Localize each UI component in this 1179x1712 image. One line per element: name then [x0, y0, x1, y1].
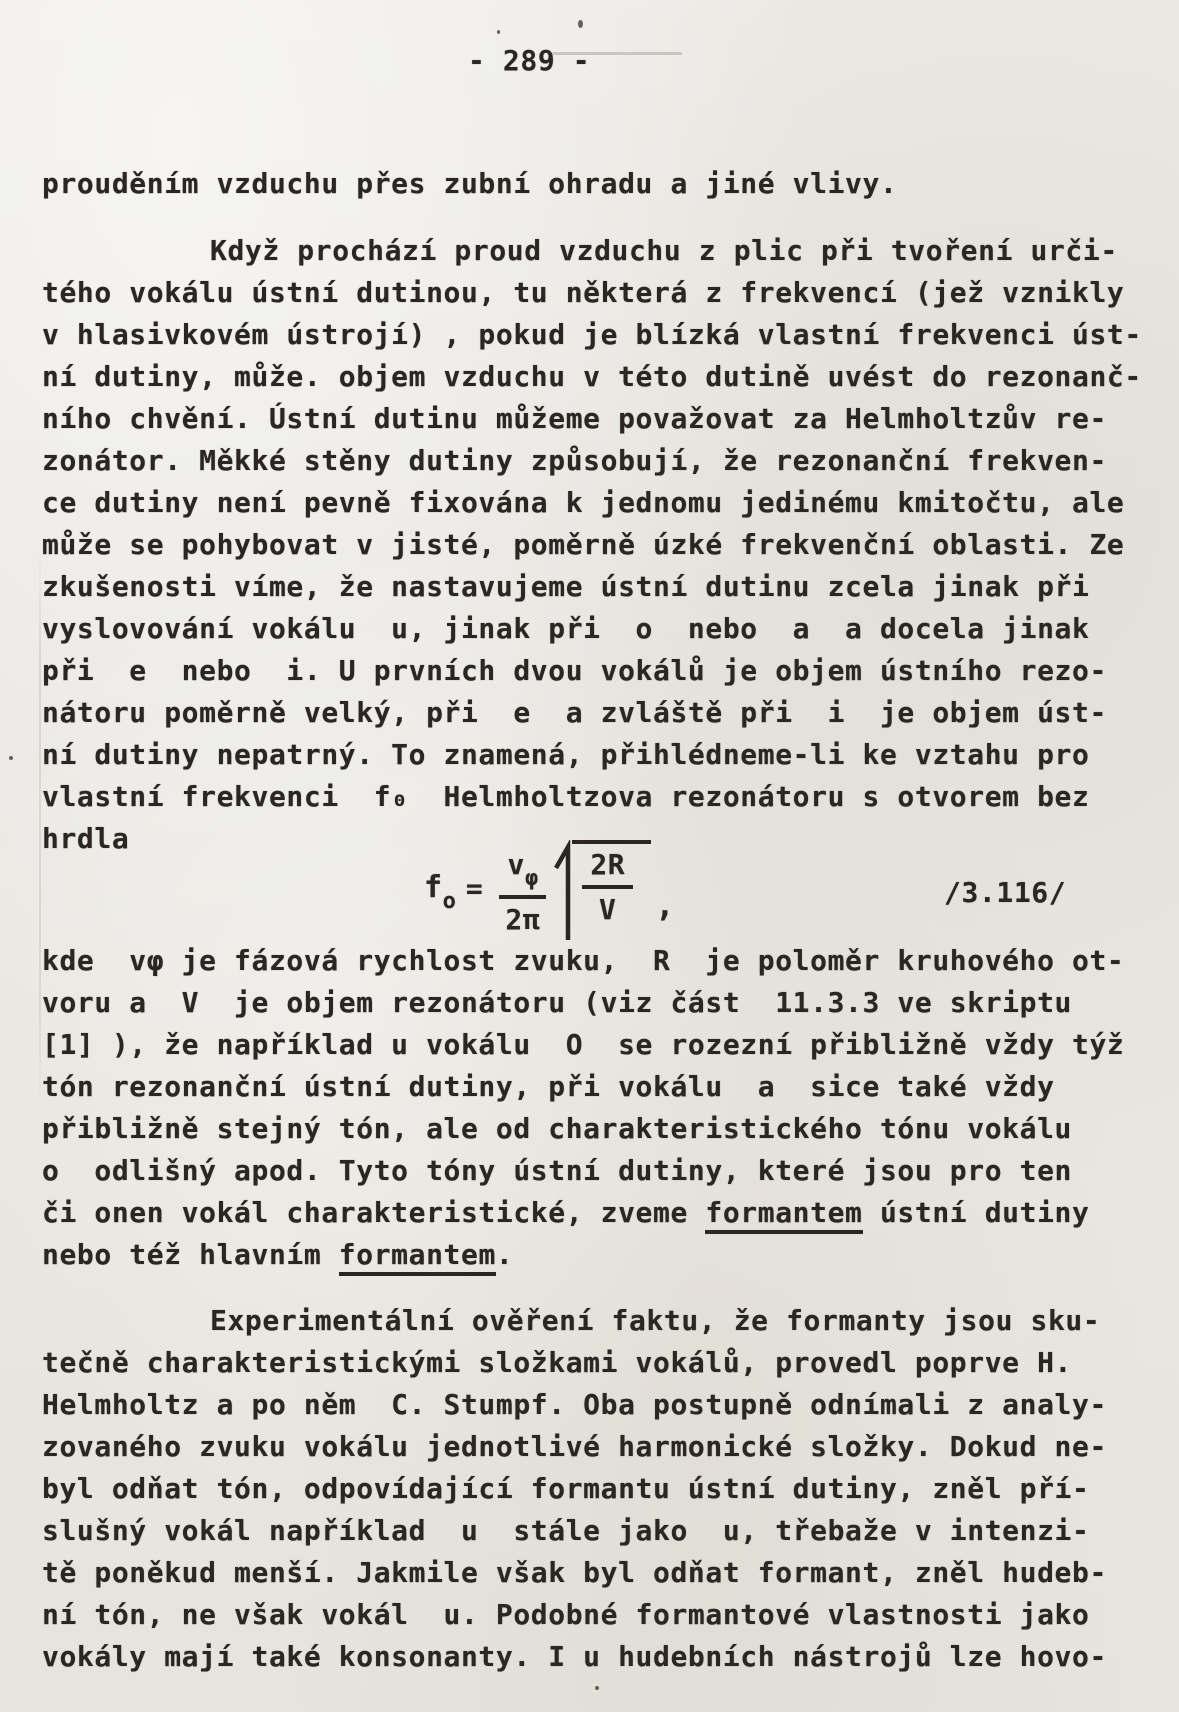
text-line: tého vokálu ústní dutinou, tu některá z … [42, 272, 1164, 314]
text-line: Helmholtz a po něm C. Stumpf. Oba postup… [42, 1384, 1164, 1426]
radicand: 2R V [572, 840, 651, 926]
underlined-term: formantem [705, 1196, 862, 1234]
text-line: kde vφ je fázová rychlost zvuku, R je po… [42, 940, 1164, 982]
equation-number: /3.116/ [944, 876, 1066, 909]
text-line: prouděním vzduchu přes zubní ohradu a ji… [42, 163, 1164, 205]
radicand-numerator: 2R [582, 848, 633, 889]
underlined-term: formantem [339, 1238, 496, 1276]
text-line: tón rezonanční ústní dutiny, při vokálu … [42, 1066, 1164, 1108]
equals-sign: = [466, 872, 483, 905]
text-line: vlastní frekvenci f₀ Helmholtzova rezoná… [42, 776, 1164, 818]
paragraph-experiment: Experimentální ověření faktu, že formant… [42, 1300, 1164, 1678]
radical-sign-icon [554, 840, 574, 944]
text-line: zkušenosti víme, že nastavujeme ústní du… [42, 566, 1164, 608]
fraction-numerator: vφ [499, 848, 546, 899]
text-line: slušný vokál například u stále jako u, t… [42, 1510, 1164, 1552]
text-line: Experimentální ověření faktu, že formant… [42, 1300, 1164, 1342]
text-line: ní dutiny, může. objem vzduchu v této du… [42, 356, 1164, 398]
radicand-denominator: V [591, 889, 624, 926]
fraction-denominator: 2π [497, 899, 548, 936]
text-line: vyslovování vokálu u, jinak při o nebo a… [42, 608, 1164, 650]
text-line: zonátor. Měkké stěny dutiny způsobují, ž… [42, 440, 1164, 482]
text-line: v hlasivkovém ústrojí) , pokud je blízká… [42, 314, 1164, 356]
paragraph-formant-definition: kde vφ je fázová rychlost zvuku, R je po… [42, 940, 1164, 1276]
scanned-typewritten-page: - 289 - prouděním vzduchu přes zubní ohr… [0, 0, 1179, 1712]
text-line: ní dutiny nepatrný. To znamená, přihlédn… [42, 734, 1164, 776]
scan-speck [595, 1686, 599, 1690]
scan-speck [578, 20, 583, 28]
helmholtz-frequency-formula: fo = vφ 2π 2R V , [424, 838, 675, 946]
text-line: tě poněkud menší. Jakmile však byl odňat… [42, 1552, 1164, 1594]
text-line: ce dutiny není pevně fixována k jednomu … [42, 482, 1164, 524]
formula-comma: , [655, 886, 675, 924]
paragraph-resonator: Když prochází proud vzduchu z plic při t… [42, 230, 1164, 860]
text-line: může se pohybovat v jisté, poměrně úzké … [42, 524, 1164, 566]
text-line: či onen vokál charakteristické, zveme fo… [42, 1192, 1164, 1234]
text-line: při e nebo i. U prvních dvou vokálů je o… [42, 650, 1164, 692]
paragraph-continuation: prouděním vzduchu přes zubní ohradu a ji… [42, 163, 1164, 205]
text-line: nátoru poměrně velký, při e a zvláště př… [42, 692, 1164, 734]
text-line: zovaného zvuku vokálu jednotlivé harmoni… [42, 1426, 1164, 1468]
text-line: byl odňat tón, odpovídající formantu úst… [42, 1468, 1164, 1510]
text-line: [1] ), že například u vokálu O se rozezn… [42, 1024, 1164, 1066]
text-line: přibližně stejný tón, ale od charakteris… [42, 1108, 1164, 1150]
scan-speck [497, 30, 500, 34]
formula-lhs: fo [424, 870, 456, 914]
text-line: ního chvění. Ústní dutinu můžeme považov… [42, 398, 1164, 440]
phase-velocity-fraction: vφ 2π [497, 848, 548, 936]
text-line: nebo též hlavním formantem. [42, 1234, 1164, 1276]
paper-crease [39, 545, 41, 1115]
text-line: vokály mají také konsonanty. I u hudební… [42, 1636, 1164, 1678]
text-line: tečně charakteristickými složkami vokálů… [42, 1342, 1164, 1384]
text-line: o odlišný apod. Tyto tóny ústní dutiny, … [42, 1150, 1164, 1192]
text-line: Když prochází proud vzduchu z plic při t… [42, 230, 1164, 272]
square-root: 2R V [554, 840, 651, 944]
text-line: voru a V je objem rezonátoru (viz část 1… [42, 982, 1164, 1024]
page-number: - 289 - [468, 44, 590, 77]
text-line: ní tón, ne však vokál u. Podobné formant… [42, 1594, 1164, 1636]
scan-speck [9, 756, 13, 760]
radicand-fraction: 2R V [582, 848, 633, 926]
